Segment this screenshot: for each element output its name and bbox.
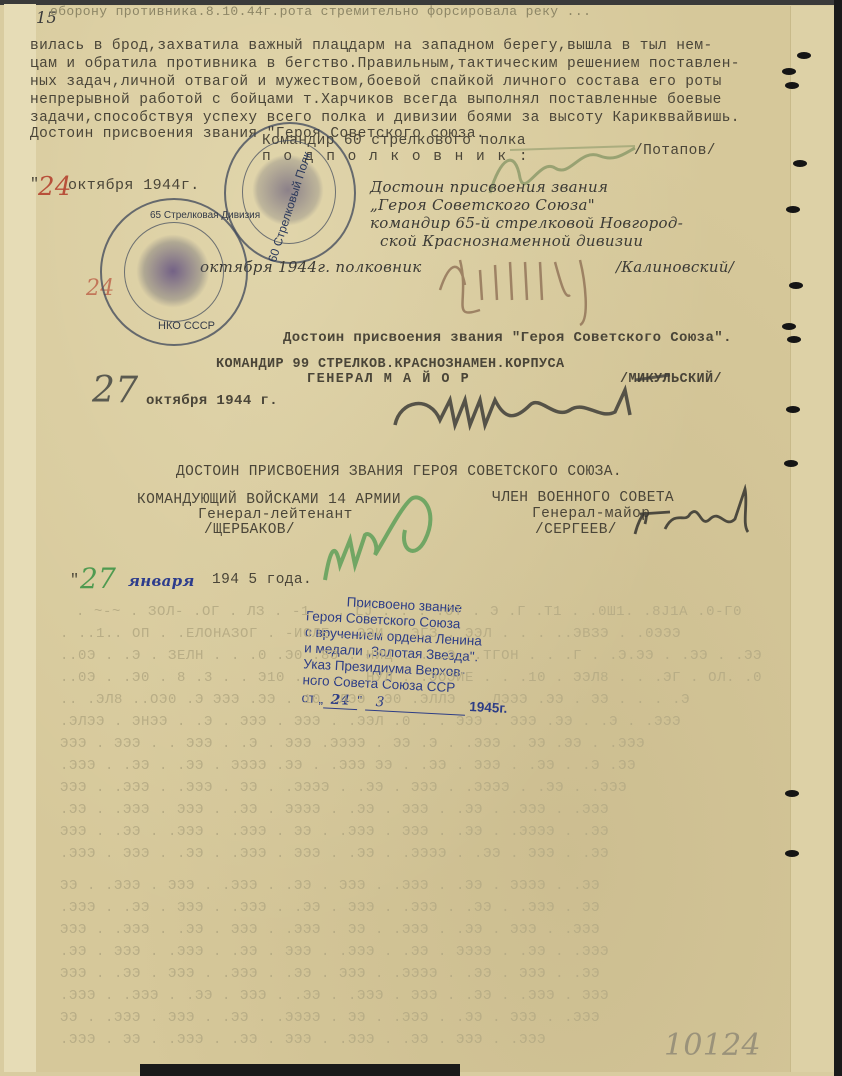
army-commander-signature bbox=[310, 470, 470, 590]
corps-commander-signature bbox=[380, 370, 680, 460]
scan-bottom-shadow bbox=[140, 1064, 460, 1076]
corps-date: октября 1944 г. bbox=[146, 393, 278, 409]
division-commander-signature bbox=[420, 240, 620, 330]
citation-line: вилась в брод,захватила важный плацдарм … bbox=[30, 38, 713, 54]
scan-right-edge bbox=[834, 0, 842, 1076]
binding-hole-icon bbox=[797, 52, 811, 59]
citation-line: ных задач,личной отвагой и мужеством,бое… bbox=[30, 74, 722, 90]
corps-date-day: 27 bbox=[92, 370, 138, 411]
binding-hole-icon bbox=[786, 206, 800, 213]
binding-hole-icon bbox=[789, 282, 803, 289]
citation-line: цам и обратила противника в бегство.Прав… bbox=[30, 56, 740, 72]
binding-hole-icon bbox=[782, 68, 796, 75]
binding-hole-icon bbox=[786, 406, 800, 413]
military-council-signature bbox=[630, 484, 770, 544]
binding-hole-icon bbox=[782, 323, 796, 330]
regiment-date: октября 1944г. bbox=[68, 177, 200, 194]
division-seal-bottom: НКО СССР bbox=[158, 320, 215, 332]
citation-line: непрерывной работой с бойцами т.Харчиков… bbox=[30, 92, 722, 108]
army-date-day: 27 bbox=[80, 562, 116, 595]
division-resolution-line: Достоин присвоения звания bbox=[370, 178, 608, 196]
corps-resolution: Достоин присвоения звания "Героя Советск… bbox=[283, 330, 732, 346]
citation-line: задачи,способствуя успеху всего полка и … bbox=[30, 110, 740, 126]
binding-hole-icon bbox=[785, 850, 799, 857]
division-resolution-line: командир 65-й стрелковой Новгород- bbox=[370, 214, 683, 232]
division-seal-text: 65 Стрелковая Дивизия bbox=[150, 210, 260, 221]
binding-hole-icon bbox=[784, 460, 798, 467]
binding-hole-icon bbox=[793, 160, 807, 167]
archive-number: 10124 bbox=[664, 1028, 761, 1063]
regiment-commander-name: /Потапов/ bbox=[634, 143, 716, 159]
regiment-date-day: 24 bbox=[38, 172, 72, 202]
army-commander-name: /ЩЕРБАКОВ/ bbox=[204, 522, 295, 538]
binding-hole-icon bbox=[785, 82, 799, 89]
division-resolution-line: „Героя Советского Союза" bbox=[370, 196, 595, 214]
left-margin bbox=[4, 4, 36, 1072]
division-commander-name: /Калиновский/ bbox=[616, 258, 734, 276]
military-council-name: /СЕРГЕЕВ/ bbox=[535, 522, 617, 538]
binding-hole-icon bbox=[787, 336, 801, 343]
army-date-month: января bbox=[128, 572, 195, 590]
army-date-year: 194 5 года. bbox=[212, 572, 312, 588]
binding-hole-icon bbox=[785, 790, 799, 797]
citation-line: оборону противника.8.10.44г.рота стремит… bbox=[50, 4, 591, 19]
